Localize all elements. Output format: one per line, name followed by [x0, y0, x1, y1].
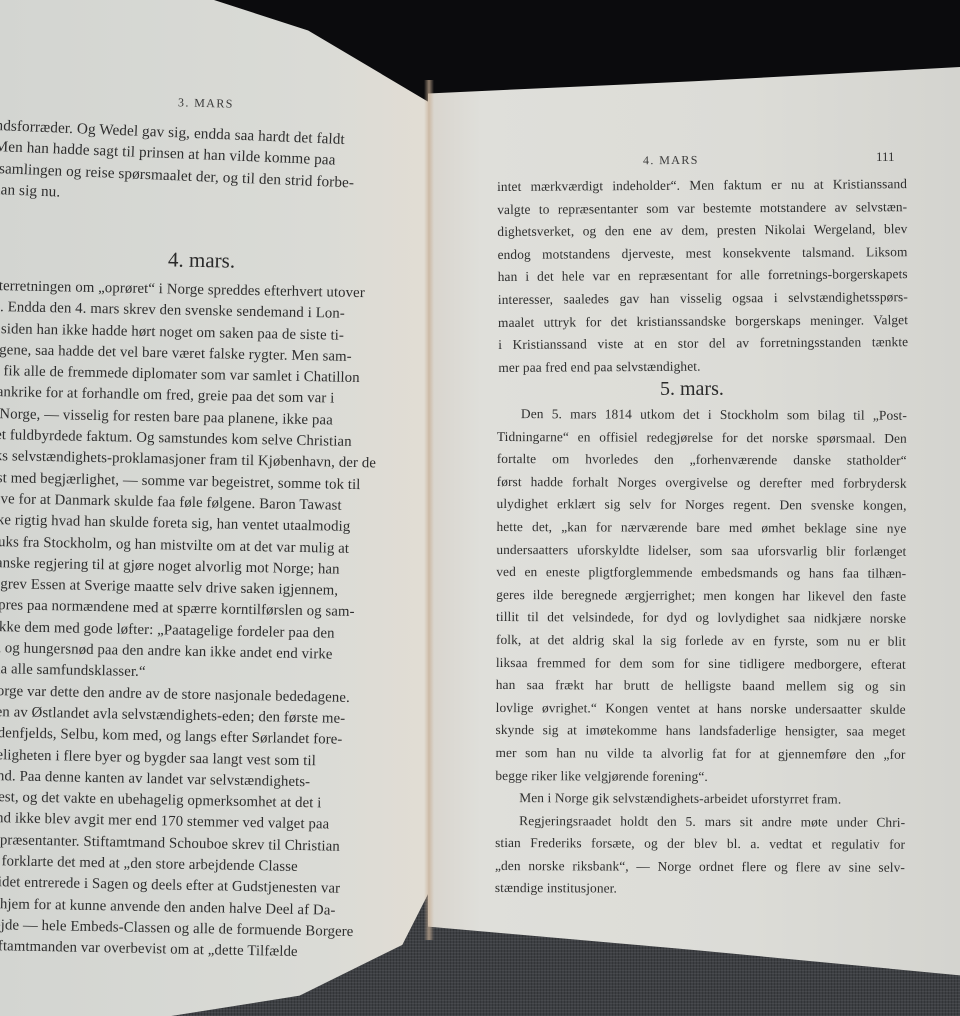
- text-line: lovlige øvrighet.“ Kongen ventet at hans…: [496, 697, 906, 721]
- text-line: dighetsverket, og den ene av dem, preste…: [497, 218, 907, 243]
- text-line: maalet uttryk for det kristianssandske b…: [498, 309, 908, 334]
- text-line: han i det hele var en repræsentant for a…: [498, 264, 908, 289]
- text-line: ved en eneste pligtforglemmende embedsma…: [496, 561, 906, 585]
- right-page: 4. MARS 111 intet mærkværdigt indeholder…: [428, 0, 960, 1016]
- text-line: begge riker like velgjørende forening“.: [495, 764, 905, 788]
- text-line: undersaatters uforskyldte lidelser, som …: [496, 539, 906, 563]
- text-line: interesser, saaledes gav han visselig og…: [498, 286, 908, 311]
- text-line: Regjeringsraadet holdt den 5. mars sit a…: [495, 810, 905, 834]
- text-line: fortalte om hvorledes den „forhenværende…: [497, 448, 907, 472]
- text-line: stændige institusjoner.: [495, 877, 905, 901]
- text-line: mer paa fred end paa selvstændighet.: [498, 354, 908, 379]
- text-line: geres ilde beregnede ærgjerrighet; men k…: [496, 584, 906, 608]
- text-line: mer som han nu vilde ta alvorlig fat for…: [495, 742, 905, 766]
- right-running-head: 4. MARS: [643, 153, 699, 168]
- text-line: han saa frækt har brutt de helligste baa…: [496, 674, 906, 698]
- text-line: stian Frederiks forsæte, og der blev bl.…: [495, 832, 905, 856]
- text-line: Men i Norge gik selvstændighets-arbeidet…: [495, 787, 905, 811]
- left-body: fterretningen om „oprøret“ i Norge spred…: [0, 276, 379, 965]
- page-number: 111: [876, 149, 895, 165]
- left-page: 3. MARS ndsforræder. Og Wedel gav sig, e…: [0, 0, 428, 1016]
- text-line: liksaa fremmed for dem som for sine tidl…: [496, 652, 906, 676]
- text-line: hette det, „kan for nærværende bare med …: [496, 516, 906, 540]
- text-line: skynde sig at imøtekomme hans landsfader…: [496, 719, 906, 743]
- text-line: folk, at det aldrig skal la sig forlede …: [496, 629, 906, 653]
- left-running-head: 3. MARS: [178, 95, 234, 111]
- text-line: Tidningarne“ en offisiel redegjørelse fo…: [497, 426, 907, 450]
- text-line: endog motstandens djerveste, mest konsek…: [497, 241, 907, 266]
- text-line: „den norske riksbank“, — Norge ordnet fl…: [495, 855, 905, 879]
- right-body: Den 5. mars 1814 utkom det i Stockholm s…: [495, 403, 907, 902]
- left-top-paragraph: ndsforræder. Og Wedel gav sig, endda saa…: [0, 115, 356, 215]
- text-line: Den 5. mars 1814 utkom det i Stockholm s…: [497, 403, 907, 427]
- right-top-paragraph: intet mærkværdigt indeholder“. Men faktu…: [497, 173, 908, 379]
- text-line: intet mærkværdigt indeholder“. Men faktu…: [497, 173, 907, 198]
- text-line: valgte to repræsentanter som var bestemt…: [497, 196, 907, 221]
- text-line: ulydighet erklært sig selv for Norges re…: [497, 493, 907, 517]
- text-line: først hadde forhalt Norges overgivelse o…: [497, 471, 907, 495]
- book-gutter: [424, 80, 434, 940]
- left-section-heading: 4. mars.: [168, 247, 236, 273]
- right-section-heading: 5. mars.: [660, 378, 724, 401]
- text-line: tillit til det velsindede, for dyd og lo…: [496, 606, 906, 630]
- text-line: i Kristianssand viste at en stor del av …: [498, 331, 908, 356]
